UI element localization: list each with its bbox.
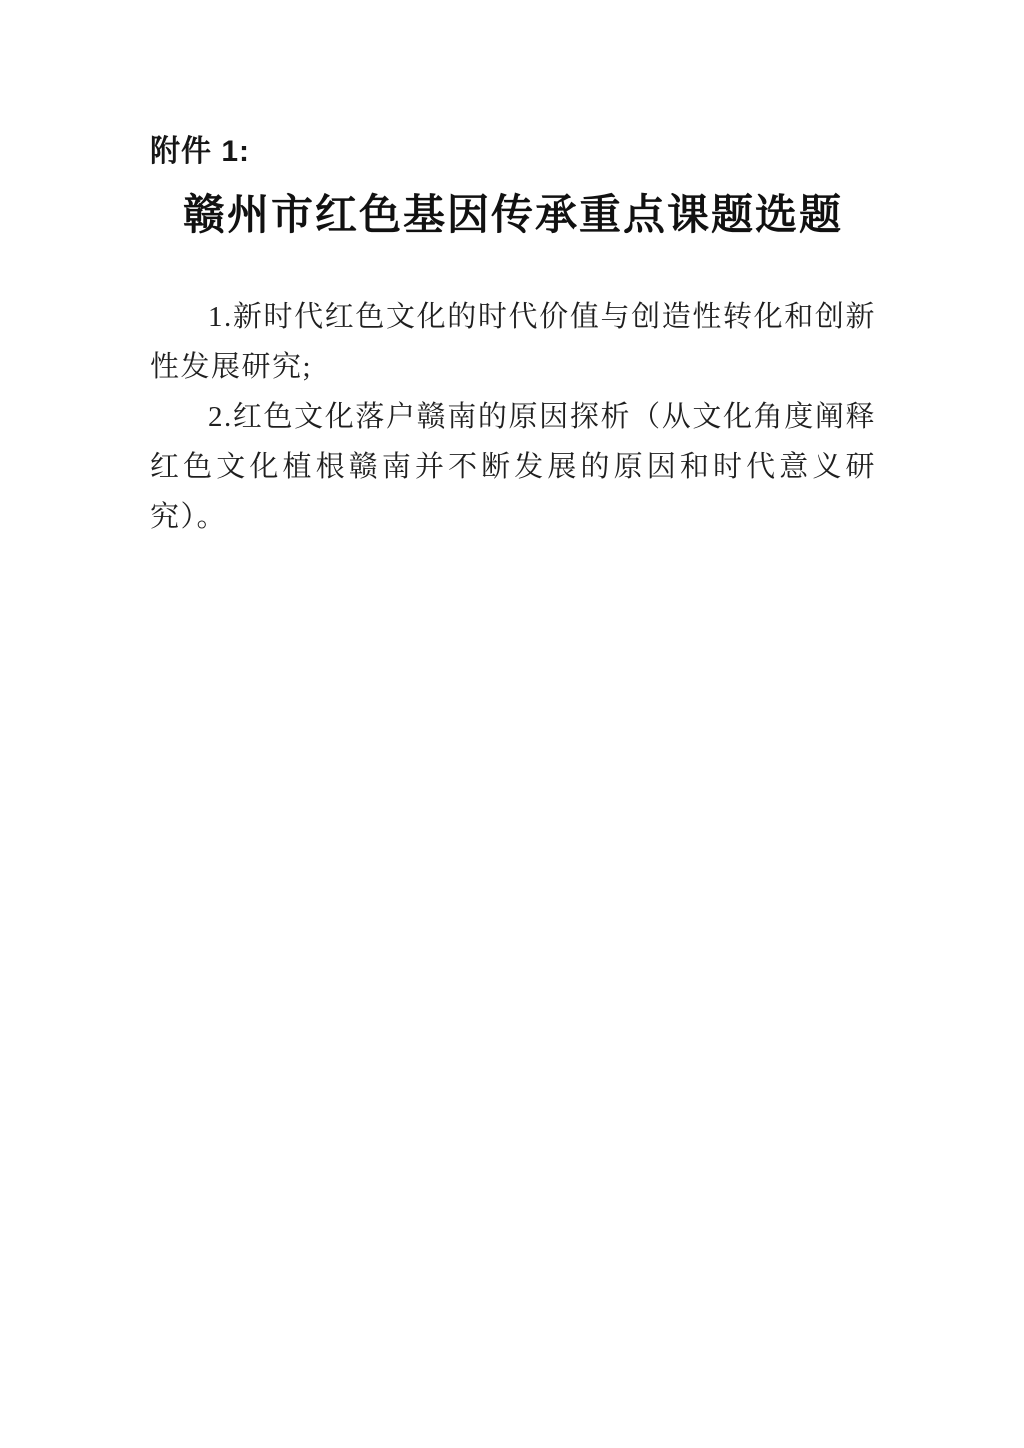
document-body: 1.新时代红色文化的时代价值与创造性转化和创新性发展研究; 2.红色文化落户赣南… — [150, 292, 876, 542]
document-title: 赣州市红色基因传承重点课题选题 — [150, 188, 876, 244]
paragraph-topic-2: 2.红色文化落户赣南的原因探析（从文化角度阐释红色文化植根赣南并不断发展的原因和… — [150, 392, 876, 542]
document-page: 附件 1: 赣州市红色基因传承重点课题选题 1.新时代红色文化的时代价值与创造性… — [0, 0, 1024, 1448]
paragraph-topic-1: 1.新时代红色文化的时代价值与创造性转化和创新性发展研究; — [150, 292, 876, 392]
attachment-label: 附件 1: — [150, 132, 250, 172]
